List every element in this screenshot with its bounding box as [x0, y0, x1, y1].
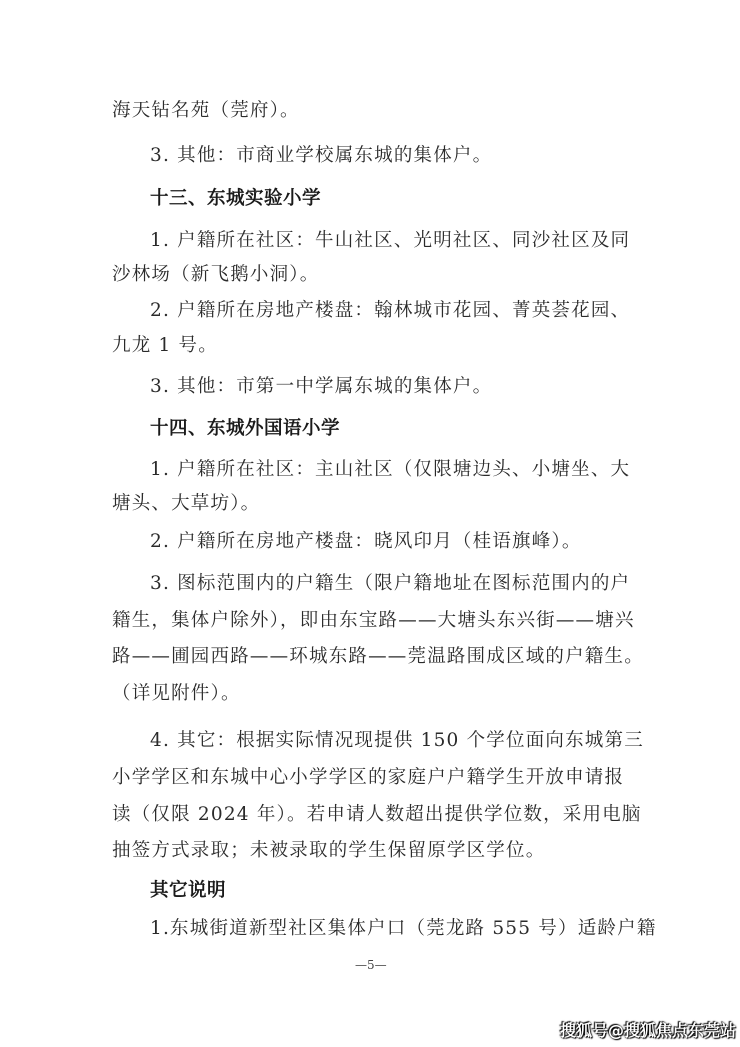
paragraph-line: 抽签方式录取；未被录取的学生保留原学区学位。	[112, 836, 545, 862]
paragraph-line: 1.东城街道新型社区集体户口（莞龙路 555 号）适龄户籍	[150, 914, 657, 940]
paragraph-line: 小学学区和东城中心小学学区的家庭户户籍学生开放申请报	[112, 763, 624, 789]
paragraph-line: 海天钻名苑（莞府）。	[112, 96, 300, 122]
paragraph-line: 3. 图标范围内的户籍生（限户籍地址在图标范围内的户	[150, 569, 630, 595]
paragraph-line: 1. 户籍所在社区：主山社区（仅限塘边头、小塘坐、大	[150, 455, 630, 481]
paragraph-line: （详见附件）。	[112, 679, 241, 705]
paragraph-line: 1. 户籍所在社区：牛山社区、光明社区、同沙社区及同	[150, 226, 630, 252]
paragraph-line: 路——圃园西路——环城东路——莞温路围成区域的户籍生。	[112, 642, 644, 668]
paragraph-line: 沙林场（新飞鹅小洞）。	[112, 260, 319, 286]
paragraph-line: 3. 其他：市第一中学属东城的集体户。	[150, 372, 492, 398]
paragraph-line: 2. 户籍所在房地产楼盘：翰林城市花园、菁英荟花园、	[150, 296, 630, 322]
paragraph-line: 籍生，集体户除外），即由东宝路——大塘头东兴街——塘兴	[112, 606, 635, 632]
paragraph-line: 2. 户籍所在房地产楼盘：晓风印月（桂语旗峰）。	[150, 527, 582, 553]
section-heading-14: 十四、东城外国语小学	[150, 414, 340, 440]
paragraph-line: 塘头、大草坊）。	[112, 489, 260, 515]
section-heading-13: 十三、东城实验小学	[150, 184, 321, 210]
paragraph-line: 4. 其它：根据实际情况现提供 150 个学位面向东城第三	[150, 726, 644, 752]
page-number: —5—	[355, 958, 387, 972]
watermark: 搜狐号@搜狐焦点东莞站	[560, 1018, 736, 1041]
paragraph-line: 读（仅限 2024 年）。若申请人数超出提供学位数，采用电脑	[112, 800, 642, 826]
paragraph-line: 3. 其他：市商业学校属东城的集体户。	[150, 141, 492, 167]
paragraph-line: 九龙 1 号。	[112, 331, 218, 357]
section-heading-other: 其它说明	[150, 876, 226, 902]
